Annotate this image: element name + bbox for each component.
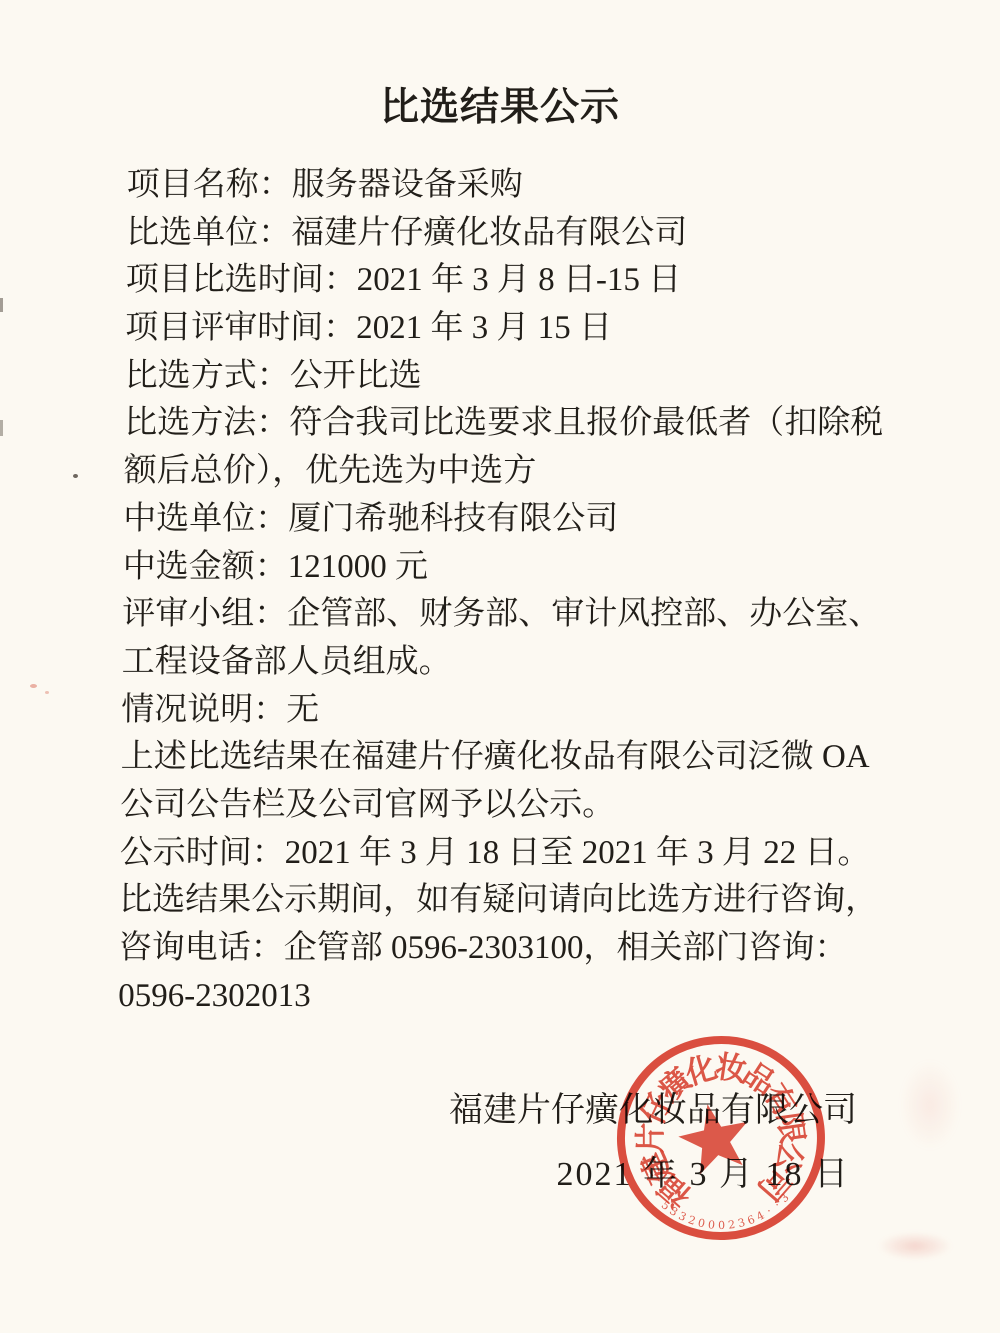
- body-line-inquiry-note: 比选结果公示期间，如有疑问请向比选方进行咨询，: [119, 877, 952, 925]
- scan-edge-mark: [0, 420, 3, 436]
- body-line-selecting-unit: 比选单位：福建片仔癀化妆品有限公司: [126, 210, 959, 258]
- seal-star-icon: [676, 1102, 750, 1176]
- body-line-review-date: 项目评审时间：2021 年 3 月 15 日: [125, 305, 958, 353]
- seal-code-char: 0: [718, 1219, 726, 1232]
- seal-code-char: 2: [727, 1218, 737, 1232]
- page-title: 比选结果公示: [0, 76, 1000, 132]
- body-line-review-team-1: 评审小组：企管部、财务部、审计风控部、办公室、: [122, 591, 955, 639]
- ink-smudge: [878, 1232, 952, 1260]
- body-line-publicity-period: 公示时间：2021 年 3 月 18 日至 2021 年 3 月 22 日。: [120, 830, 953, 878]
- seal-code-char: 0: [707, 1218, 716, 1232]
- body-line-selection-mode: 比选方式：公开比选: [125, 353, 958, 401]
- scan-edge-mark: [0, 298, 3, 312]
- body-text: 项目名称：服务器设备采购 比选单位：福建片仔癀化妆品有限公司 项目比选时间：20…: [118, 162, 960, 1020]
- body-line-winner-amount: 中选金额：121000 元: [123, 544, 956, 592]
- body-line-method-1: 比选方法：符合我司比选要求且报价最低者（扣除税: [124, 400, 957, 448]
- ink-smudge: [900, 1060, 960, 1150]
- seal-code-char: ·: [764, 1204, 775, 1217]
- body-line-remarks: 情况说明：无: [121, 687, 954, 735]
- seal-code-char: 0: [697, 1216, 708, 1230]
- body-line-inquiry-phone-1: 咨询电话：企管部 0596-2303100，相关部门咨询：: [119, 925, 952, 973]
- body-line-publish-channel-1: 上述比选结果在福建片仔癀化妆品有限公司泛微 OA: [121, 734, 954, 782]
- scan-speck: [45, 691, 49, 694]
- body-line-inquiry-phone-2: 0596-2302013: [118, 973, 951, 1021]
- scan-speck: [30, 684, 37, 688]
- body-line-project-name: 项目名称：服务器设备采购: [127, 162, 960, 210]
- document-page: 比选结果公示 项目名称：服务器设备采购 比选单位：福建片仔癀化妆品有限公司 项目…: [0, 0, 1000, 1333]
- company-seal-stamp: 福建片仔癀化妆品有限公司3··46320002335: [603, 1021, 840, 1257]
- body-line-winner-unit: 中选单位：厦门希驰科技有限公司: [123, 496, 956, 544]
- scan-speck: [73, 474, 78, 478]
- body-line-method-2: 额后总价），优先选为中选方: [124, 448, 957, 496]
- body-line-publish-channel-2: 公司公告栏及公司官网予以公示。: [120, 782, 953, 830]
- body-line-review-team-2: 工程设备部人员组成。: [122, 639, 955, 687]
- body-line-selection-period: 项目比选时间：2021 年 3 月 8 日-15 日: [126, 257, 959, 305]
